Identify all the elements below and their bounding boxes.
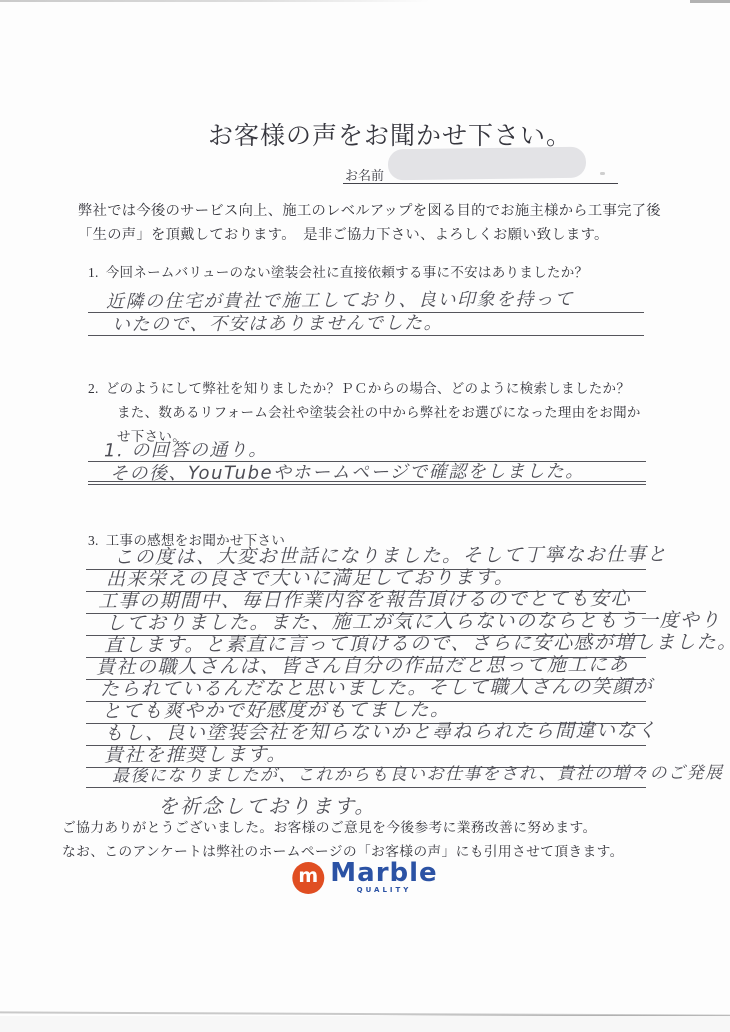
answer-line: いたので、不安はありませんでした。 (88, 309, 644, 336)
question-2-text: どのようにして弊社を知りましたか？ＰＣからの場合、どのように検索しましたか？ (106, 381, 630, 396)
scan-artifact-top-right (690, 0, 730, 3)
scanned-survey-page: お客様の声をお聞かせ下さい。 お名前 弊社では今後のサービス向上、施工のレベルア… (0, 0, 730, 1032)
logo-brand-text: Marble (330, 861, 437, 885)
intro-line: 弊社では今後のサービス向上、施工のレベルアップを図る目的でお施主様から工事完了後 (78, 199, 658, 223)
question-1-prompt: 1.今回ネームバリューのない塗装会社に直接依頼する事に不安はありましたか？ (88, 261, 588, 285)
logo-tagline-text: QUALITY (330, 886, 437, 894)
logo-wordmark: Marble QUALITY (330, 861, 437, 894)
footer-line: ご協力ありがとうございました。お客様のご意見を今後参考に業務改善に努めます。 (62, 816, 682, 840)
question-2-text: また、数あるリフォーム会社や塗装会社の中から弊社をお選びになった理由をお聞か (88, 401, 641, 425)
question-2-number: 2. (88, 381, 99, 396)
intro-paragraph: 弊社では今後のサービス向上、施工のレベルアップを図る目的でお施主様から工事完了後… (78, 199, 658, 247)
intro-line: 「生の声」を頂戴しております。 是非ご協力下さい、よろしくお願い致します。 (78, 223, 658, 247)
name-redaction-blob (388, 147, 586, 181)
question-1: 1.今回ネームバリューのない塗装会社に直接依頼する事に不安はありましたか？ (88, 261, 588, 285)
question-1-text: 今回ネームバリューのない塗装会社に直接依頼する事に不安はありましたか？ (106, 265, 589, 280)
footer-note: ご協力ありがとうございました。お客様のご意見を今後参考に業務改善に努めます。 な… (62, 816, 682, 864)
scan-artifact-top (0, 0, 430, 2)
scan-speck (600, 172, 605, 175)
scan-below-edge (0, 1016, 730, 1032)
marble-logo: m Marble QUALITY (292, 861, 437, 894)
handwritten-answer-closing: を祈念しております。 (158, 790, 376, 819)
handwritten-answer: いたので、不安はありませんでした。 (88, 308, 644, 337)
logo-m-letter: m (298, 867, 318, 888)
answer-line: 最後になりましたが、これからも良いお仕事をされ、貴社の増々のご発展 (86, 762, 646, 788)
name-field-underline (343, 183, 618, 184)
name-field-label: お名前 (345, 165, 384, 184)
logo-m-mark-icon: m (292, 862, 324, 894)
answer-line-empty (88, 481, 646, 482)
handwritten-answer: 最後になりましたが、これからも良いお仕事をされ、貴社の増々のご発展 (86, 761, 646, 790)
question-1-number: 1. (88, 265, 99, 280)
question-2-prompt: 2.どのようにして弊社を知りましたか？ＰＣからの場合、どのように検索しましたか？ (88, 377, 641, 401)
